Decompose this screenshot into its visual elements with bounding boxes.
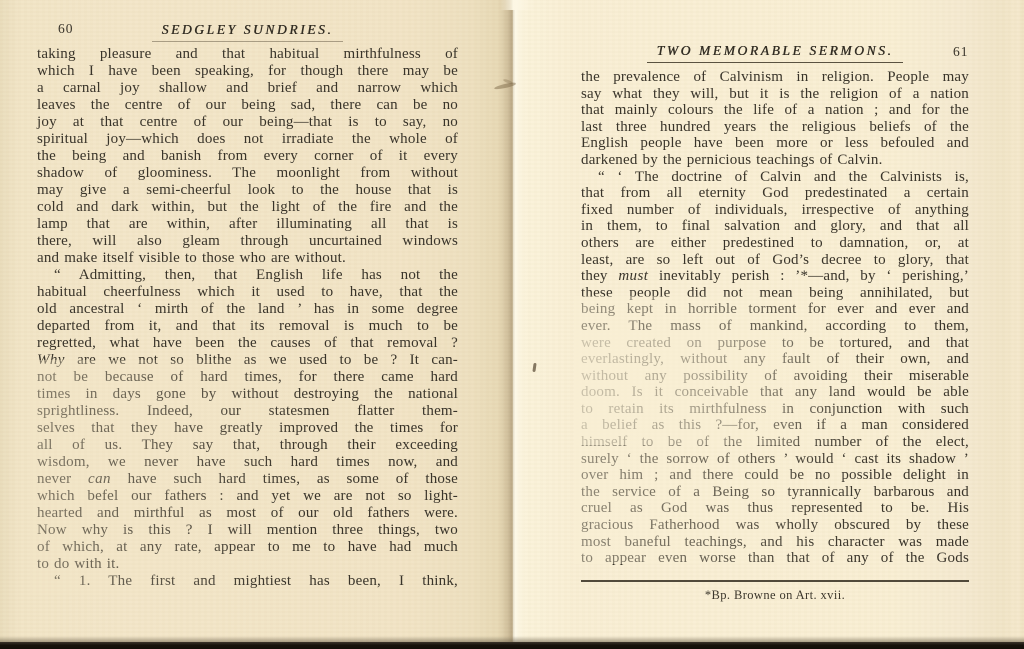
text-line: spiritual joy—which does not irradiate t… — [37, 131, 458, 148]
text-line: gracious Fatherhood was wholly obscured … — [581, 517, 969, 534]
text-line: departed from it, and that its removal i… — [37, 318, 458, 335]
text-line: over him ; and there could be no possibl… — [581, 467, 969, 484]
text-line: there, will also gleam through uncurtain… — [37, 233, 458, 250]
text-line: of which, at any rate, appear to me to h… — [37, 539, 458, 556]
text-line: never can have such hard times, as some … — [37, 471, 458, 488]
text-line: cold and dark within, but the light of t… — [37, 199, 458, 216]
scanner-bed-edge — [0, 642, 1024, 649]
text-line: Now why is this ? I will mention three t… — [37, 522, 458, 539]
text-line: to retain its mirthfulness in conjunctio… — [581, 401, 969, 418]
text-line: regretted, what have been the causes of … — [37, 335, 458, 352]
text-line: they must inevitably perish : ’*—and, by… — [581, 268, 969, 285]
text-line: doom. Is it conceivable that any land wo… — [581, 384, 969, 401]
gutter-top-edge — [500, 0, 534, 10]
text-line: a carnal joy shallow and brief and narro… — [37, 80, 458, 97]
text-line: were created on purpose to be tortured, … — [581, 335, 969, 352]
text-line: which I have been speaking, for though t… — [37, 63, 458, 80]
text-line: without any possibility of avoiding thei… — [581, 368, 969, 385]
text-line: these people did not mean being annihila… — [581, 285, 969, 302]
text-line: Why are we not so blithe as we used to b… — [37, 352, 458, 369]
footnote: *Bp. Browne on Art. xvii. — [581, 588, 969, 603]
text-line: which befel our fathers : and yet we are… — [37, 488, 458, 505]
text-line: joy at that centre of our being—that is … — [37, 114, 458, 131]
book-scan: 60 SEDGLEY SUNDRIES. TWO MEMORABLE SERMO… — [0, 0, 1024, 649]
text-line: sprightliness. Indeed, our statesmen fla… — [37, 403, 458, 420]
text-line: selves that they have greatly improved t… — [37, 420, 458, 437]
text-line: cruel as God was thus represented to be.… — [581, 500, 969, 517]
text-line: wisdom, we never have such hard times no… — [37, 454, 458, 471]
text-line: shadow of gloominess. The moonlight from… — [37, 165, 458, 182]
text-line: others are either predestined to damnati… — [581, 235, 969, 252]
text-line: most baneful teachings, and his characte… — [581, 534, 969, 551]
text-line: fixed number of individuals, irrespectiv… — [581, 202, 969, 219]
text-line: times in days gone by without destroying… — [37, 386, 458, 403]
text-line: the being and banish from every corner o… — [37, 148, 458, 165]
running-head-left: SEDGLEY SUNDRIES. — [37, 21, 458, 42]
running-head-right-text: TWO MEMORABLE SERMONS. — [647, 43, 904, 63]
text-line: being kept in horrible torment for ever … — [581, 301, 969, 318]
text-line: not be because of hard times, for there … — [37, 369, 458, 386]
text-line: old ancestral ‘ mirth of the land ’ has … — [37, 301, 458, 318]
text-line: lamp that are within, after illuminating… — [37, 216, 458, 233]
text-line: to appear even worse than that of any of… — [581, 550, 969, 567]
left-page-text: taking pleasure and that habitual mirthf… — [37, 46, 458, 590]
text-line: “ 1. The first and mightiest has been, I… — [37, 573, 458, 590]
text-line: that mainly colours the life of a nation… — [581, 102, 969, 119]
text-line: himself to be of the limited number of t… — [581, 434, 969, 451]
text-line: “ ‘ The doctrine of Calvin and the Calvi… — [581, 169, 969, 186]
right-page-text: the prevalence of Calvinism in religion.… — [581, 69, 969, 567]
text-line: leaves the centre of our being sad, ther… — [37, 97, 458, 114]
text-line: say what they will, but it is the religi… — [581, 86, 969, 103]
footnote-rule — [581, 580, 969, 582]
text-line: to do with it. — [37, 556, 458, 573]
running-head-left-text: SEDGLEY SUNDRIES. — [152, 22, 344, 42]
text-line: in them, to final salvation and glory, a… — [581, 218, 969, 235]
text-line: that from all eternity God predestinated… — [581, 185, 969, 202]
running-head-right: TWO MEMORABLE SERMONS. — [581, 42, 969, 63]
text-line: habitual cheerfulness which it used to h… — [37, 284, 458, 301]
text-line: everlastingly, without any fault of thei… — [581, 351, 969, 368]
text-line: a belief as this ?—for, even if a man co… — [581, 417, 969, 434]
text-line: hearted and mirthful as most of our old … — [37, 505, 458, 522]
page-number-right: 61 — [953, 44, 969, 60]
text-line: taking pleasure and that habitual mirthf… — [37, 46, 458, 63]
text-line: may give a semi-cheerful look to the hou… — [37, 182, 458, 199]
text-line: ever. The mass of mankind, according to … — [581, 318, 969, 335]
text-line: the prevalence of Calvinism in religion.… — [581, 69, 969, 86]
text-line: English people have been more or less be… — [581, 135, 969, 152]
text-line: all of us. They say that, through their … — [37, 437, 458, 454]
text-line: darkened by the pernicious teachings of … — [581, 152, 969, 169]
text-line: least, are so left out of God’s decree t… — [581, 252, 969, 269]
text-line: the service of a Being so tyrannically b… — [581, 484, 969, 501]
text-line: surely ‘ the sorrow of others ’ would ‘ … — [581, 451, 969, 468]
text-line: last three hundred years the religious b… — [581, 119, 969, 136]
text-line: “ Admitting, then, that English life has… — [37, 267, 458, 284]
text-line: and make itself visible to those who are… — [37, 250, 458, 267]
